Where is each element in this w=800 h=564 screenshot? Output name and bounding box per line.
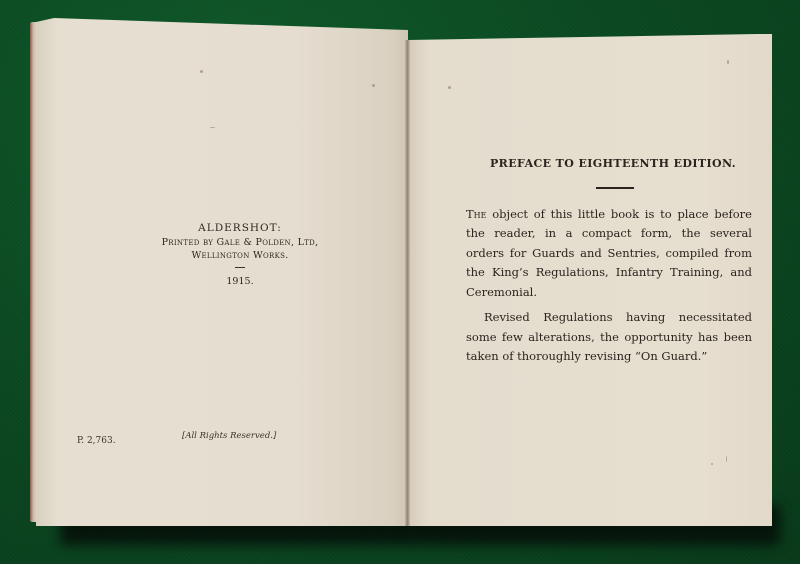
- preface-paragraph-2: Revised Regulations having necessitated …: [466, 308, 752, 367]
- preface-paragraph-1: The object of this little book is to pla…: [466, 205, 752, 303]
- preface-rule: [596, 187, 634, 189]
- book-gutter: [405, 40, 410, 526]
- paragraph-text: Revised Regulations having necessitated …: [466, 310, 752, 363]
- printer-imprint: ALDERSHOT: Printed by Gale & Polden, Ltd…: [140, 222, 340, 287]
- preface-heading: PREFACE TO EIGHTEENTH EDITION.: [474, 157, 752, 170]
- imprint-place: ALDERSHOT:: [140, 222, 340, 234]
- imprint-works: Wellington Works.: [140, 249, 340, 262]
- preface-section: PREFACE TO EIGHTEENTH EDITION. The objec…: [466, 157, 752, 373]
- imprint-year: 1915.: [140, 276, 340, 287]
- paragraph-text: object of this little book is to place b…: [466, 207, 752, 299]
- paragraph-lead-word: The: [466, 207, 487, 221]
- rights-notice: [All Rights Reserved.]: [182, 431, 276, 441]
- imprint-divider: [235, 267, 245, 268]
- publication-number: P. 2,763.: [77, 436, 116, 446]
- imprint-printer: Printed by Gale & Polden, Ltd,: [140, 236, 340, 249]
